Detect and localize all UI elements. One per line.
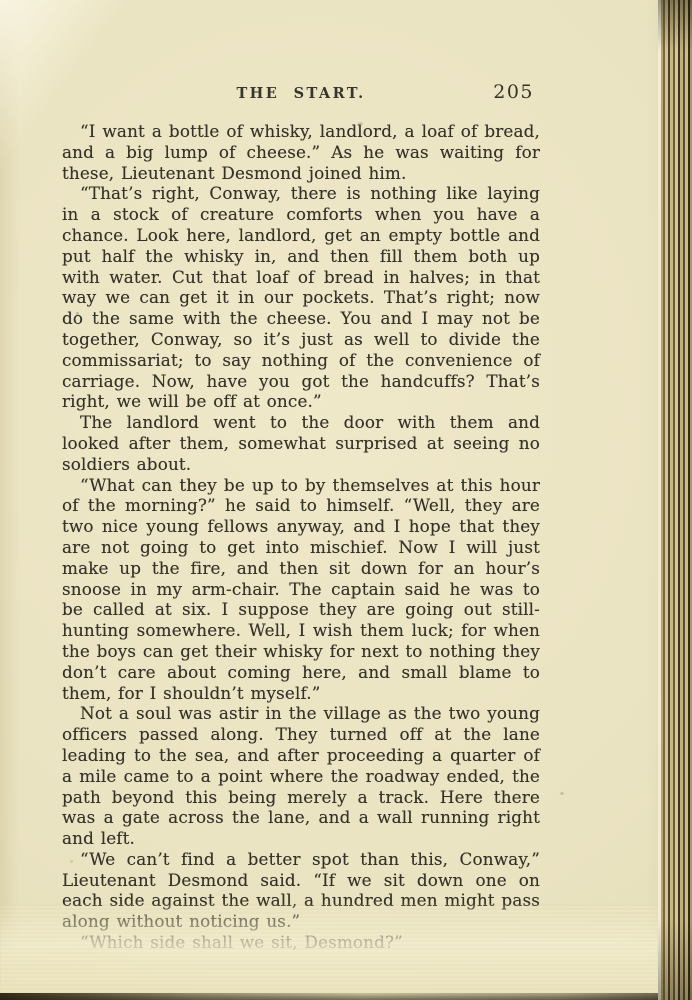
paragraph-3: The landlord went to the door with them …: [62, 412, 540, 474]
paragraph-1: “I want a bottle of whisky, landlord, a …: [62, 121, 540, 183]
paragraph-4: “What can they be up to by themselves at…: [62, 475, 540, 704]
book-fore-edge-pages: [658, 0, 692, 1000]
bottom-scan-blur: [0, 904, 658, 996]
page-header: THE START. 205: [62, 83, 540, 107]
running-title: THE START.: [236, 85, 365, 102]
page-text-block: “I want a bottle of whisky, landlord, a …: [62, 121, 540, 953]
paper-speck: [560, 792, 564, 795]
page-bottom-edge-shadow: [0, 993, 662, 1000]
paper-speck: [358, 122, 363, 126]
paragraph-5: Not a soul was astir in the village as t…: [62, 703, 540, 849]
book-page: THE START. 205 “I want a bottle of whisk…: [0, 0, 692, 1000]
page-number: 205: [493, 81, 534, 103]
paper-speck: [70, 860, 73, 863]
paper-speck: [76, 312, 79, 315]
paragraph-2: “That’s right, Conway, there is nothing …: [62, 183, 540, 412]
